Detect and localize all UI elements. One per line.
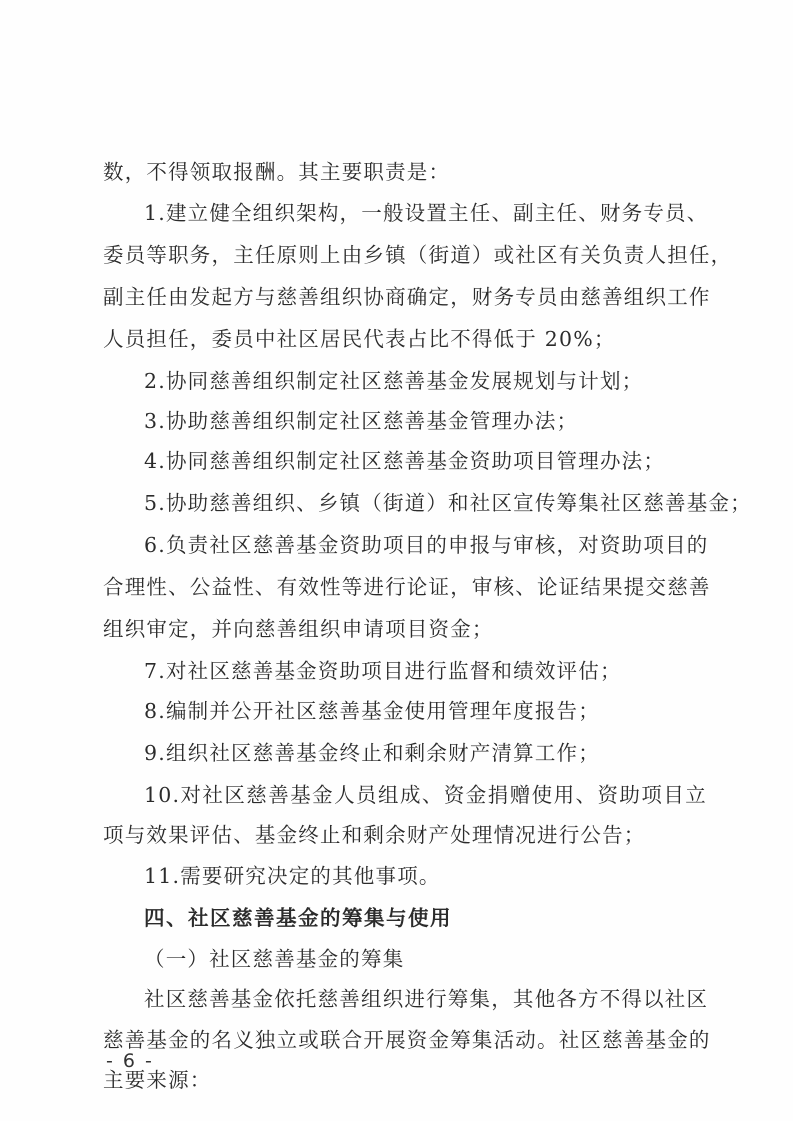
text-line: 数，不得领取报酬。其主要职责是： [103, 158, 703, 186]
text-line: （一）社区慈善基金的筹集 [144, 945, 744, 973]
text-line: 人员担任，委员中社区居民代表占比不得低于 20%； [103, 325, 703, 353]
text-line: 主要来源： [103, 1066, 703, 1094]
text-line: 副主任由发起方与慈善组织协商确定，财务专员由慈善组织工作 [103, 283, 707, 311]
text-line: 10.对社区慈善基金人员组成、资金捐赠使用、资助项目立 [144, 781, 707, 809]
text-line: 委员等职务，主任原则上由乡镇（街道）或社区有关负责人担任， [103, 241, 707, 269]
text-line: 7.对社区慈善基金资助项目进行监督和绩效评估； [144, 657, 744, 685]
page-number: - 6 - [106, 1050, 154, 1072]
text-line: 2.协同慈善组织制定社区慈善基金发展规划与计划； [144, 367, 744, 395]
text-line: 6.负责社区慈善基金资助项目的申报与审核，对资助项目的 [144, 531, 707, 559]
text-line: 慈善基金的名义独立或联合开展资金筹集活动。社区慈善基金的 [103, 1026, 707, 1054]
text-line: 11.需要研究决定的其他事项。 [144, 862, 744, 890]
text-line: 组织审定，并向慈善组织申请项目资金； [103, 615, 703, 643]
text-line: 1.建立健全组织架构，一般设置主任、副主任、财务专员、 [144, 199, 707, 227]
text-line: 9.组织社区慈善基金终止和剩余财产清算工作； [144, 739, 744, 767]
text-line: 3.协助慈善组织制定社区慈善基金管理办法； [144, 407, 744, 435]
text-line: 8.编制并公开社区慈善基金使用管理年度报告； [144, 697, 744, 725]
text-line: 社区慈善基金依托慈善组织进行筹集，其他各方不得以社区 [144, 985, 707, 1013]
text-line: 合理性、公益性、有效性等进行论证，审核、论证结果提交慈善 [103, 573, 707, 601]
text-line: 项与效果评估、基金终止和剩余财产处理情况进行公告； [103, 821, 703, 849]
document-page: 数，不得领取报酬。其主要职责是：1.建立健全组织架构，一般设置主任、副主任、财务… [0, 0, 793, 1121]
text-line: 5.协助慈善组织、乡镇（街道）和社区宣传筹集社区慈善基金； [144, 489, 707, 517]
section-heading: 四、社区慈善基金的筹集与使用 [144, 904, 744, 932]
text-line: 4.协同慈善组织制定社区慈善基金资助项目管理办法； [144, 447, 744, 475]
